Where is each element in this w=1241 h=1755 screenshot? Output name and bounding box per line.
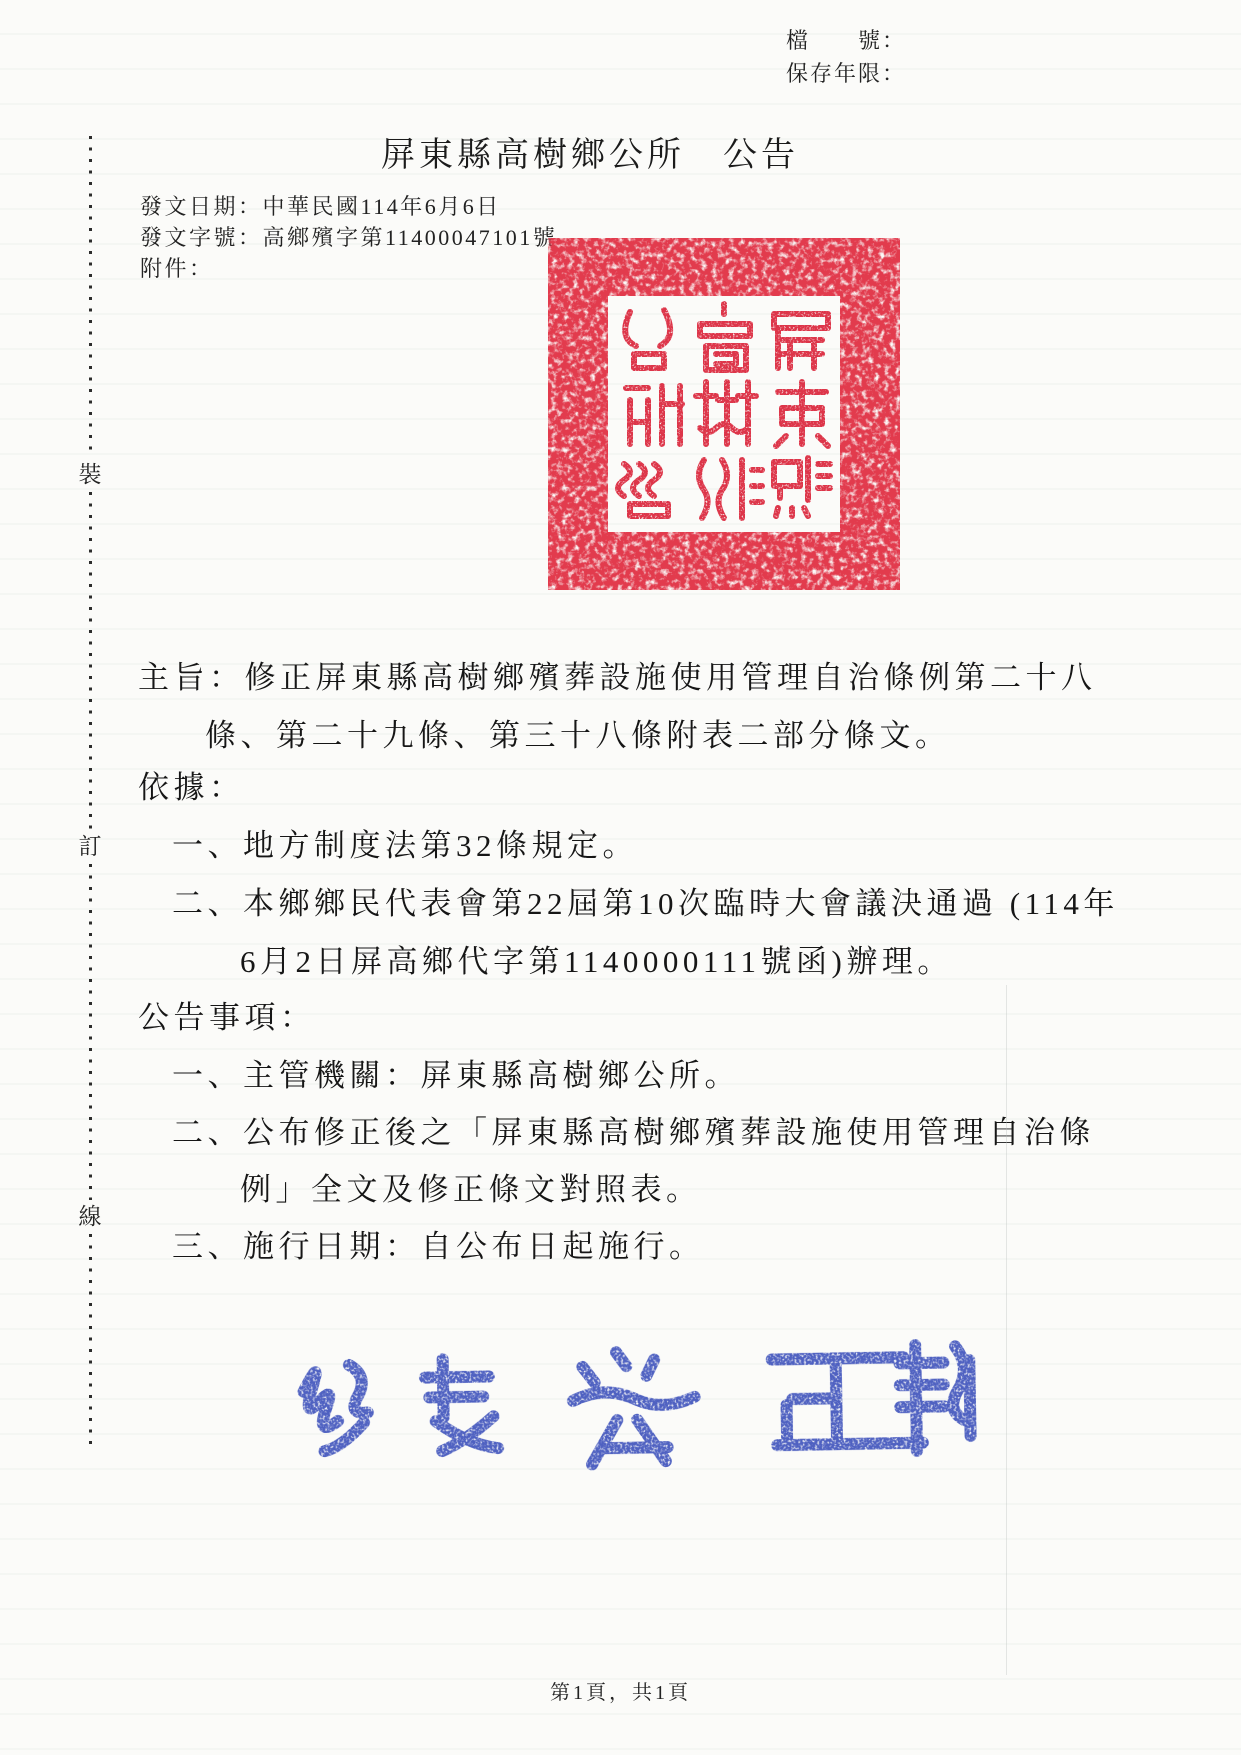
official-seal-stamp	[546, 236, 902, 592]
subject-text-1: 修正屏東縣高樹鄉殯葬設施使用管理自治條例第二十八	[245, 660, 1097, 695]
document-meta: 發文日期：中華民國114年6月6日 發文字號：高鄉殯字第11400047101號…	[140, 191, 557, 284]
matters-item-2-line-1: 二、公布修正後之「屏東縣高樹鄉殯葬設施使用管理自治條	[172, 1107, 1095, 1152]
binding-char-zhuang: 裝	[79, 458, 102, 492]
scanned-announcement-page: 檔 號： 保存年限： 屏東縣高樹鄉公所 公告 發文日期：中華民國114年6月6日…	[0, 0, 1241, 1755]
binding-dots-segment	[89, 136, 92, 458]
basis-item-1: 一、地方制度法第32條規定。	[172, 820, 638, 865]
mayor-signature-stamp	[265, 1316, 986, 1499]
page-title: 屏東縣高樹鄉公所 公告	[0, 127, 1180, 176]
subject-line-1: 主旨：修正屏東縣高樹鄉殯葬設施使用管理自治條例第二十八	[138, 652, 1097, 697]
matters-item-2-line-2: 例」全文及修正條文對照表。	[240, 1164, 702, 1209]
seal-script-glyphs	[618, 304, 830, 518]
matters-label: 公告事項：	[138, 992, 316, 1037]
basis-label: 依據：	[138, 762, 245, 807]
binding-char-xian: 線	[79, 1200, 102, 1234]
binding-dots-segment	[89, 864, 92, 1200]
attachment-label: 附件：	[140, 256, 214, 281]
issue-date-row: 發文日期：中華民國114年6月6日	[140, 191, 557, 222]
issue-date-label: 發文日期：	[140, 194, 263, 219]
issue-date-value: 中華民國114年6月6日	[263, 194, 501, 219]
official-seal-image	[546, 236, 902, 592]
mayor-signature-image	[265, 1316, 986, 1499]
subject-label: 主旨：	[138, 660, 245, 695]
doc-number-value: 高鄉殯字第11400047101號	[263, 225, 558, 250]
page-footer: 第1頁，共1頁	[0, 1676, 1241, 1705]
binding-dots-segment	[89, 1234, 92, 1444]
binding-dots-segment	[89, 492, 92, 830]
scan-artifact-line	[1006, 985, 1007, 1675]
subject-line-2: 條、第二十九條、第三十八條附表二部分條文。	[205, 710, 951, 755]
matters-item-3: 三、施行日期：自公布日起施行。	[172, 1221, 705, 1266]
retention-period-label: 保存年限：	[786, 57, 906, 90]
binding-char-ding: 訂	[79, 830, 102, 864]
binding-strip: 裝 訂 線	[76, 136, 104, 1444]
basis-item-2-line-2: 6月2日屏高鄉代字第1140000111號函)辦理。	[240, 936, 953, 981]
attachment-row: 附件：	[140, 253, 557, 284]
basis-item-2-line-1: 二、本鄉鄉民代表會第22屆第10次臨時大會議決通過 (114年	[172, 878, 1119, 923]
matters-item-1: 一、主管機關：屏東縣高樹鄉公所。	[172, 1050, 740, 1095]
doc-number-label: 發文字號：	[140, 225, 263, 250]
file-number-label: 檔 號：	[786, 24, 906, 57]
doc-number-row: 發文字號：高鄉殯字第11400047101號	[140, 222, 557, 253]
archive-header: 檔 號： 保存年限：	[786, 24, 906, 90]
